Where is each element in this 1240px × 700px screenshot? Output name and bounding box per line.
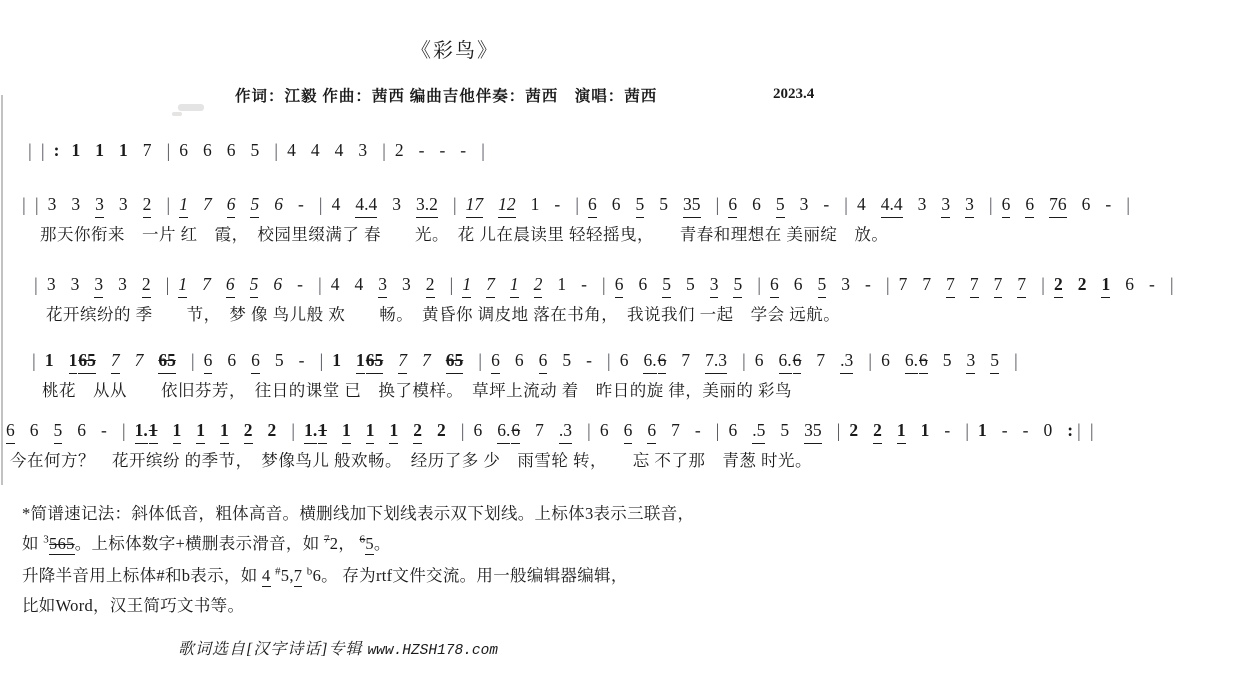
notation-line-3: |33332|17656-|44332|17121-|665535|6653-|…: [34, 272, 1183, 298]
note-token: 2: [873, 418, 882, 444]
sustain-dash: -: [1149, 272, 1155, 296]
note-token: 7: [946, 272, 955, 298]
sustain-dash: -: [865, 272, 871, 296]
note-token: 7: [671, 418, 680, 442]
barline: |: [461, 420, 465, 444]
note-token: 6: [1082, 192, 1091, 216]
footnote-text: ，: [338, 534, 359, 553]
note-token: 5: [251, 138, 260, 162]
barline: |: [166, 274, 170, 298]
note-token: 3: [966, 348, 975, 374]
note-token: 1: [95, 138, 104, 162]
note-token: 6: [511, 418, 520, 444]
note-token: 6: [274, 192, 283, 216]
note-token: 6: [1125, 272, 1134, 296]
notation-line-2: ||33332|17656-|44.433.2|17121-|665535|66…: [22, 192, 1139, 218]
barline: |: [1041, 274, 1045, 298]
note-token: 6: [1002, 192, 1011, 218]
barline: |: [965, 420, 969, 444]
note-token: 6: [647, 418, 656, 444]
song-title: 《彩鸟》: [0, 34, 910, 63]
barline: |: [453, 194, 457, 218]
note-token: 6: [752, 192, 761, 216]
note-token: 6: [179, 138, 188, 162]
note-token: 6: [658, 348, 667, 374]
note-token: 4.4: [355, 192, 377, 218]
note-token: 1.: [304, 418, 317, 444]
barline: |: [607, 350, 611, 374]
note-token: 65: [366, 348, 384, 374]
note-token: 3: [402, 272, 411, 296]
note-token: 5: [275, 348, 284, 372]
note-token: 1.: [135, 418, 148, 444]
note-token: 6: [620, 348, 629, 372]
note-token: 3: [941, 192, 950, 218]
note-token: 2: [534, 272, 543, 298]
barline: |: [716, 194, 720, 218]
footnote-line-1: *简谱速记法：斜体低音，粗体高音。横删线加下划线表示双下划线。上标体3表示三联音…: [22, 500, 694, 524]
footnote-text: 565: [49, 534, 75, 555]
note-token: 1: [318, 418, 327, 444]
sustain-dash: -: [298, 192, 304, 216]
note-token: 7: [681, 348, 690, 372]
barline: |: [757, 274, 761, 298]
barline: |: [319, 350, 323, 374]
note-token: 1: [897, 418, 906, 444]
note-token: 5: [686, 272, 695, 296]
note-token: 6: [919, 348, 928, 374]
sustain-dash: -: [460, 138, 466, 162]
note-token: 65: [446, 348, 464, 374]
barline: |: [41, 140, 45, 164]
credits-line: 作词：江毅 作曲：茜西 编曲吉他伴奏：茜西 演唱：茜西: [235, 84, 657, 106]
note-token: 7: [970, 272, 979, 298]
note-token: 35: [683, 192, 701, 218]
barline: |: [382, 140, 386, 164]
note-token: 7: [203, 192, 212, 216]
sustain-dash: -: [581, 272, 587, 296]
note-token: 4: [331, 272, 340, 296]
note-token: 6: [793, 348, 802, 374]
note-token: 6: [30, 418, 39, 442]
note-token: 1: [389, 418, 398, 444]
note-token: 1: [179, 192, 188, 218]
note-token: 5: [780, 418, 789, 442]
note-token: 5: [250, 272, 259, 298]
note-token: 4: [355, 272, 364, 296]
note-token: 1: [342, 418, 351, 444]
sustain-dash: -: [1002, 418, 1008, 442]
note-token: 1: [220, 418, 229, 444]
note-token: 5: [733, 272, 742, 298]
note-token: 1: [531, 192, 540, 216]
note-token: 7: [1017, 272, 1026, 298]
note-token: 7: [111, 348, 120, 374]
footnote-text: 比如Word，汉王简巧文书等。: [22, 596, 244, 615]
note-token: 5: [943, 348, 952, 372]
notation-line-1: ||:1117|6665|4443|2---|: [28, 138, 494, 164]
barline: |: [450, 274, 454, 298]
note-token: 1: [332, 348, 341, 372]
note-token: 5: [636, 192, 645, 218]
sustain-dash: -: [695, 418, 701, 442]
note-token: 3: [71, 192, 80, 216]
note-token: 7: [202, 272, 211, 296]
note-token: 1: [510, 272, 519, 298]
note-token: 1: [921, 418, 930, 442]
footnote-text: 5: [365, 534, 374, 555]
note-token: 3: [841, 272, 850, 296]
note-token: 2: [437, 418, 446, 442]
note-token: 6.: [643, 348, 656, 374]
footnote-text: 。: [374, 534, 391, 553]
note-token: 5: [776, 192, 785, 218]
note-token: 6: [770, 272, 779, 298]
footnote-line-2: 如 3565。上标体数字+横删表示滑音，如 72， 65。: [22, 530, 391, 554]
barline: |: [742, 350, 746, 374]
note-token: 1: [45, 348, 54, 372]
sustain-dash: -: [439, 138, 445, 162]
note-token: 3: [965, 192, 974, 218]
note-token: 3: [71, 272, 80, 296]
footnote-text: 6: [313, 566, 322, 585]
footnote-text: 升降半音用上标体#和b表示，如: [22, 566, 262, 585]
note-token: 1: [178, 272, 187, 298]
note-token: 5: [662, 272, 671, 298]
note-token: 6: [600, 418, 609, 442]
note-token: 2: [413, 418, 422, 444]
barline: |: [481, 140, 485, 164]
note-token: 6: [1025, 192, 1034, 218]
notation-line-5: 6656-|1.111122|1.111122|66.67.3|6667-|6.…: [6, 418, 1103, 444]
note-token: 6.: [905, 348, 918, 374]
footnote-text: *简谱速记法：斜体低音，粗体高音。横删线加下划线表示双下划线。上标体3表示三联音…: [22, 504, 694, 523]
footnote-text: 。上标体数字+横删表示滑音，如: [75, 534, 324, 553]
barline: |: [166, 194, 170, 218]
note-token: 7: [899, 272, 908, 296]
note-token: 65: [78, 348, 96, 374]
barline: |: [28, 140, 32, 164]
footer-credit: 歌词选自[汉字诗话]专辑 www.HZSH178.com: [178, 636, 498, 659]
barline: |: [844, 194, 848, 218]
note-token: 6: [755, 348, 764, 372]
note-token: 1: [462, 272, 471, 298]
barline: |: [35, 194, 39, 218]
note-token: 4: [311, 138, 320, 162]
note-token: 3: [118, 272, 127, 296]
note-token: 6: [612, 192, 621, 216]
note-token: 5: [659, 192, 668, 216]
barline: |: [1014, 350, 1018, 374]
note-token: 6: [77, 418, 86, 442]
barline: |: [122, 420, 126, 444]
note-token: 2: [395, 138, 404, 162]
barline: |: [1170, 274, 1174, 298]
print-smudge-artifact: [178, 104, 204, 111]
note-token: 4: [335, 138, 344, 162]
note-token: 3: [95, 192, 104, 218]
barline: |: [587, 420, 591, 444]
note-token: 6: [227, 192, 236, 218]
note-token: 4: [287, 138, 296, 162]
note-token: 1: [1101, 272, 1110, 298]
note-token: 5: [990, 348, 999, 374]
note-token: 6: [6, 418, 15, 444]
note-token: 1: [69, 348, 78, 374]
note-token: 2: [1054, 272, 1063, 298]
barline: |: [22, 194, 26, 218]
note-token: 5: [250, 192, 259, 218]
note-token: 17: [466, 192, 484, 218]
note-token: 1: [119, 138, 128, 162]
note-token: 6: [251, 348, 260, 374]
barline: |: [34, 274, 38, 298]
note-token: .3: [559, 418, 572, 444]
sustain-dash: -: [1105, 192, 1111, 216]
note-token: 2: [142, 272, 151, 298]
note-token: 2: [143, 192, 152, 218]
note-token: 12: [498, 192, 516, 218]
note-token: 7: [486, 272, 495, 298]
footnote-line-4: 比如Word，汉王简巧文书等。: [22, 592, 244, 616]
note-token: 3: [94, 272, 103, 298]
note-token: 1: [978, 418, 987, 442]
footer-url: www.HZSH178.com: [367, 643, 498, 659]
barline: |: [191, 350, 195, 374]
barline: |: [886, 274, 890, 298]
footnote-line-3: 升降半音用上标体#和b表示，如 4 #5,7 b6。 存为rtf文件交流。用一般…: [22, 562, 628, 586]
note-token: 3: [47, 272, 56, 296]
lyrics-line-1: 那天你衔来 一片 红 霞， 校园里缀满了 春 光。 花 儿在晨读里 轻轻摇曳， …: [40, 221, 888, 245]
note-token: 1: [71, 138, 80, 162]
barline: |: [166, 140, 170, 164]
note-token: 5: [54, 418, 63, 444]
barline: |: [602, 274, 606, 298]
note-token: 3: [392, 192, 401, 216]
note-token: 2: [849, 418, 858, 442]
note-token: 6: [203, 138, 212, 162]
note-token: 3: [918, 192, 927, 216]
note-token: 3: [358, 138, 367, 162]
note-token: 1: [557, 272, 566, 296]
sustain-dash: -: [586, 348, 592, 372]
barline: |: [575, 194, 579, 218]
note-token: 6: [273, 272, 282, 296]
note-token: 3: [48, 192, 57, 216]
note-token: 6: [638, 272, 647, 296]
note-token: 6.: [497, 418, 510, 444]
sustain-dash: -: [101, 418, 107, 442]
note-token: 6: [728, 418, 737, 442]
page-left-edge-rule: [1, 95, 3, 485]
note-token: 3.2: [416, 192, 438, 218]
note-token: 3: [710, 272, 719, 298]
note-token: 76: [1049, 192, 1067, 218]
note-token: .5: [752, 418, 765, 444]
note-token: 3: [378, 272, 387, 298]
note-token: 6: [227, 138, 236, 162]
date: 2023.4: [773, 86, 814, 103]
repeat-colon: :: [1067, 418, 1073, 442]
barline: |: [1077, 420, 1081, 444]
note-token: 6: [474, 418, 483, 442]
note-token: 4: [857, 192, 866, 216]
barline: |: [319, 194, 323, 218]
lyrics-line-3: 桃花 从从 依旧芬芳， 往日的课堂 已 换了模样。 草坪上流动 着 昨日的旋 律…: [42, 377, 792, 401]
note-token: 5: [562, 348, 571, 372]
barline: |: [274, 140, 278, 164]
note-token: 6.: [779, 348, 792, 374]
footer-credit-text: 歌词选自[汉字诗话]专辑: [178, 641, 367, 658]
note-token: 7: [398, 348, 407, 374]
note-token: 2: [426, 272, 435, 298]
note-token: .3: [840, 348, 853, 374]
note-token: 6: [515, 348, 524, 372]
footnote-text: 如: [22, 534, 43, 553]
barline: |: [837, 420, 841, 444]
note-token: 6: [226, 272, 235, 298]
footnote-text: 。 存为rtf文件交流。用一般编辑器编辑，: [321, 566, 628, 585]
note-token: 6: [204, 348, 213, 374]
note-token: 6: [794, 272, 803, 296]
barline: |: [478, 350, 482, 374]
note-token: 7: [135, 348, 144, 372]
note-token: 7: [922, 272, 931, 296]
note-token: 6: [227, 348, 236, 372]
note-token: 35: [804, 418, 822, 444]
barline: |: [1126, 194, 1130, 218]
sustain-dash: -: [823, 192, 829, 216]
note-token: 6: [624, 418, 633, 444]
note-token: 2: [1078, 272, 1087, 296]
note-token: 7: [816, 348, 825, 372]
sustain-dash: -: [299, 348, 305, 372]
note-token: 1: [149, 418, 158, 444]
lyrics-line-2: 花开缤纷的 季 节， 梦 像 鸟儿般 欢 畅。 黄昏你 调皮地 落在书角， 我说…: [46, 301, 840, 325]
lyrics-line-4: 今在何方？ 花开缤纷 的季节， 梦像鸟儿 般欢畅。 经历了多 少 雨雪轮 转， …: [10, 447, 812, 471]
note-token: 4.4: [881, 192, 903, 218]
note-token: 7: [143, 138, 152, 162]
repeat-colon: :: [54, 138, 60, 162]
note-token: 0: [1043, 418, 1052, 442]
sustain-dash: -: [297, 272, 303, 296]
note-token: 1: [173, 418, 182, 444]
note-token: 1: [196, 418, 205, 444]
note-token: 6: [728, 192, 737, 218]
note-token: 2: [268, 418, 277, 442]
footnote-text: 4: [262, 566, 271, 587]
note-token: 6: [881, 348, 890, 372]
note-token: 6: [539, 348, 548, 374]
barline: |: [989, 194, 993, 218]
note-token: 1: [366, 418, 375, 444]
note-token: 2: [244, 418, 253, 444]
note-token: 4: [332, 192, 341, 216]
note-token: 7: [422, 348, 431, 372]
note-token: 1: [356, 348, 365, 374]
print-smudge-artifact: [172, 112, 182, 116]
notation-line-4: |11657765|6665-|11657765|6665-|66.677.3|…: [32, 348, 1027, 374]
barline: |: [868, 350, 872, 374]
sustain-dash: -: [1023, 418, 1029, 442]
barline: |: [291, 420, 295, 444]
barline: |: [32, 350, 36, 374]
note-token: 6: [615, 272, 624, 298]
note-token: 5: [818, 272, 827, 298]
note-token: 3: [119, 192, 128, 216]
note-token: 6: [588, 192, 597, 218]
barline: |: [1090, 420, 1094, 444]
note-token: 65: [158, 348, 176, 374]
sustain-dash: -: [419, 138, 425, 162]
note-token: 6: [491, 348, 500, 374]
note-token: 7: [994, 272, 1003, 298]
barline: |: [318, 274, 322, 298]
sustain-dash: -: [554, 192, 560, 216]
note-token: 3: [800, 192, 809, 216]
sustain-dash: -: [944, 418, 950, 442]
sheet-music-page: 《彩鸟》 作词：江毅 作曲：茜西 编曲吉他伴奏：茜西 演唱：茜西 2023.4 …: [0, 0, 1240, 700]
note-token: 7: [535, 418, 544, 442]
note-token: 7.3: [705, 348, 727, 374]
barline: |: [716, 420, 720, 444]
